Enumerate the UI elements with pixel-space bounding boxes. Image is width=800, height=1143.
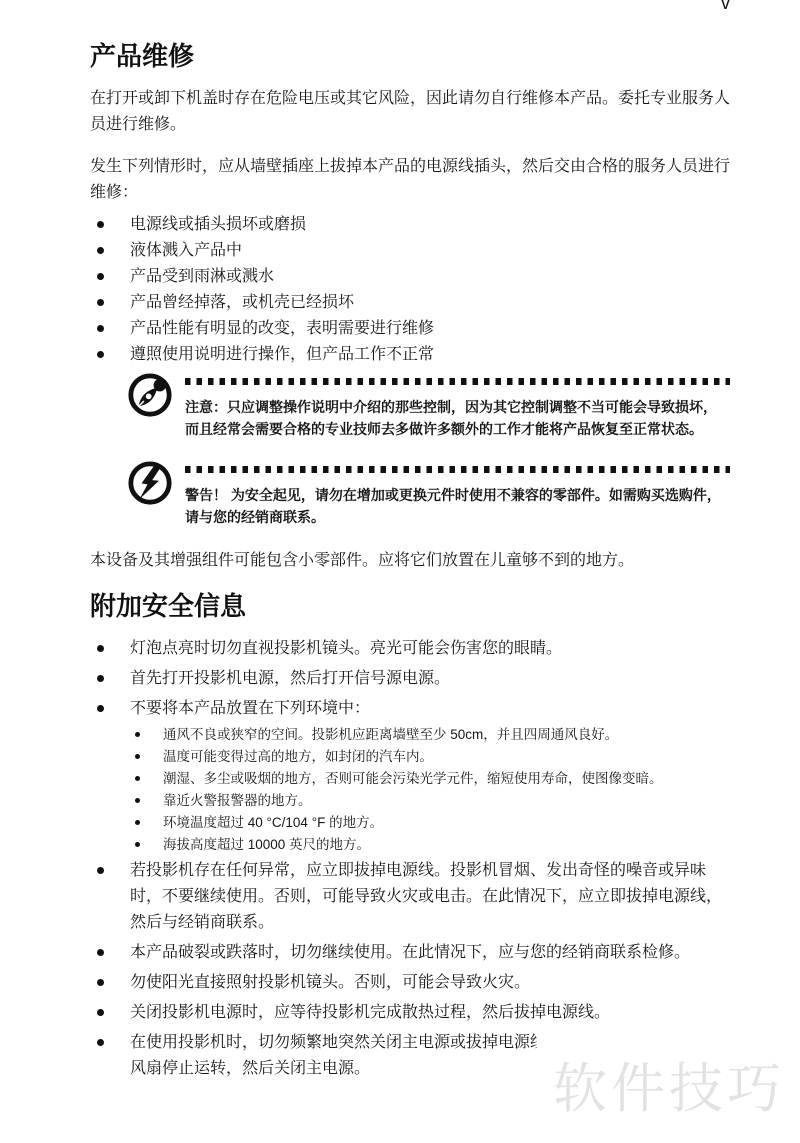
small-parts-paragraph: 本设备及其增强组件可能包含小零部件。应将它们放置在儿童够不到的地方。 [90, 548, 730, 574]
note-body: 注意：只应调整操作说明中介绍的那些控制，因为其它控制调整不当可能会导致损坏，而且… [185, 372, 730, 440]
warning-body: 警告！ 为安全起见，请勿在增加或更换元件时使用不兼容的零部件。如需购买选购件，请… [185, 460, 730, 528]
list-item: 首先打开投影机电源，然后打开信号源电源。 [90, 666, 730, 692]
note-pen-icon [127, 372, 173, 418]
warning-callout: 警告！ 为安全起见，请勿在增加或更换元件时使用不兼容的零部件。如需购买选购件，请… [127, 460, 730, 528]
bullet-icon [97, 645, 104, 652]
bullet-icon [97, 221, 104, 228]
clipped-character: 线 [530, 1030, 537, 1056]
section-title-product-service: 产品维修 [90, 42, 730, 70]
manual-page: v 产品维修 在打开或卸下机盖时存在危险电压或其它风险，因此请勿自行维修本产品。… [0, 0, 800, 1143]
sublist-item: 温度可能变得过高的地方，如封闭的汽车内。 [90, 748, 730, 765]
bullet-icon [97, 273, 104, 280]
additional-safety-list: 灯泡点亮时切勿直视投影机镜头。亮光可能会伤害您的眼睛。 首先打开投影机电源，然后… [90, 636, 730, 722]
list-item: 液体溅入产品中 [90, 242, 730, 259]
bullet-icon [97, 1039, 104, 1046]
list-item: 产品受到雨淋或溅水 [90, 268, 730, 285]
section-title-additional-safety: 附加安全信息 [90, 592, 730, 620]
list-item: 产品性能有明显的改变，表明需要进行维修 [90, 320, 730, 337]
sub-bullet-icon [135, 776, 140, 781]
bullet-icon [97, 351, 104, 358]
list-item: 遵照使用说明进行操作，但产品工作不正常 [90, 346, 730, 363]
bullet-icon [97, 949, 104, 956]
warning-lightning-icon [127, 460, 173, 506]
sub-bullet-icon [135, 820, 140, 825]
service-conditions-list: 电源线或插头损坏或磨损 液体溅入产品中 产品受到雨淋或溅水 产品曾经掉落，或机壳… [90, 216, 730, 363]
dotted-rule [185, 378, 730, 385]
sublist-item: 通风不良或狭窄的空间。投影机应距离墙壁至少 50cm，并且四周通风良好。 [90, 726, 730, 743]
bullet-icon [97, 979, 104, 986]
sub-bullet-icon [135, 798, 140, 803]
bullet-icon [97, 325, 104, 332]
list-item: 勿使阳光直接照射投影机镜头。否则，可能会导致火灾。 [90, 970, 730, 996]
sublist-item: 海拔高度超过 10000 英尺的地方。 [90, 836, 730, 853]
sub-bullet-icon [135, 842, 140, 847]
sub-bullet-icon [135, 732, 140, 737]
page-content: 产品维修 在打开或卸下机盖时存在危险电压或其它风险，因此请勿自行维修本产品。委托… [0, 0, 800, 1082]
bullet-icon [97, 705, 104, 712]
bullet-icon [97, 1009, 104, 1016]
list-item: 不要将本产品放置在下列环境中： [90, 696, 730, 722]
bullet-icon [97, 867, 104, 874]
intro-paragraph-1: 在打开或卸下机盖时存在危险电压或其它风险，因此请勿自行维修本产品。委托专业服务人… [90, 86, 730, 138]
sublist-item: 潮湿、多尘或吸烟的地方，否则可能会污染光学元件，缩短使用寿命，使图像变暗。 [90, 770, 730, 787]
watermark-text: 软件技巧 [553, 1046, 785, 1123]
sublist-item: 靠近火警报警器的地方。 [90, 792, 730, 809]
list-item: 灯泡点亮时切勿直视投影机镜头。亮光可能会伤害您的眼睛。 [90, 636, 730, 662]
note-text: 注意：只应调整操作说明中介绍的那些控制，因为其它控制调整不当可能会导致损坏，而且… [185, 396, 730, 440]
sub-bullet-icon [135, 754, 140, 759]
list-item: 关闭投影机电源时，应等待投影机完成散热过程，然后拔掉电源线。 [90, 1000, 730, 1026]
list-item: 若投影机存在任何异常，应立即拔掉电源线。投影机冒烟、发出奇怪的噪音或异味时，不要… [90, 858, 730, 936]
warning-text: 警告！ 为安全起见，请勿在增加或更换元件时使用不兼容的零部件。如需购买选购件，请… [185, 484, 730, 528]
sublist-item: 环境温度超过 40 °C/104 °F 的地方。 [90, 814, 730, 831]
list-item: 电源线或插头损坏或磨损 [90, 216, 730, 233]
bullet-icon [97, 299, 104, 306]
bullet-icon [97, 675, 104, 682]
intro-paragraph-2: 发生下列情形时，应从墙壁插座上拔掉本产品的电源线插头，然后交由合格的服务人员进行… [90, 154, 730, 206]
list-item: 产品曾经掉落，或机壳已经损坏 [90, 294, 730, 311]
environment-sublist: 通风不良或狭窄的空间。投影机应距离墙壁至少 50cm，并且四周通风良好。 温度可… [90, 726, 730, 853]
bullet-icon [97, 247, 104, 254]
dotted-rule [185, 466, 730, 473]
note-callout: 注意：只应调整操作说明中介绍的那些控制，因为其它控制调整不当可能会导致损坏，而且… [127, 372, 730, 440]
list-item: 本产品破裂或跌落时，切勿继续使用。在此情况下，应与您的经销商联系检修。 [90, 940, 730, 966]
